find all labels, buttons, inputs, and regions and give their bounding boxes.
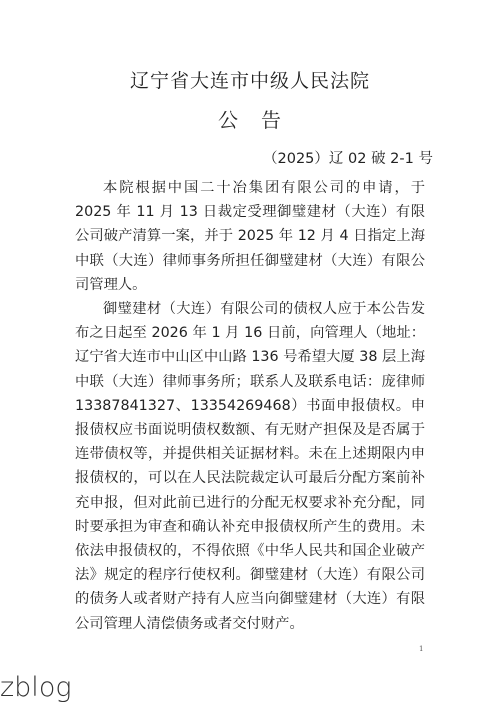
notice-title-char-2: 告 (261, 108, 282, 132)
court-name-heading: 辽宁省大连市中级人民法院 (0, 66, 500, 93)
notice-body: 本院根据中国二十冶集团有限公司的申请，于 2025 年 11 月 13 日裁定受… (75, 176, 425, 636)
paragraph-creditor-claims: 御璧建材（大连）有限公司的债权人应于本公告发布之日起至 2026 年 1 月 1… (75, 297, 425, 636)
case-number: （2025）辽 02 破 2-1 号 (263, 147, 433, 168)
watermark-logo: zblog (0, 672, 72, 703)
paragraph-acceptance: 本院根据中国二十冶集团有限公司的申请，于 2025 年 11 月 13 日裁定受… (75, 176, 425, 297)
notice-title: 公告 (0, 104, 500, 133)
notice-title-char-1: 公 (218, 108, 239, 132)
page-number: 1 (419, 645, 423, 653)
